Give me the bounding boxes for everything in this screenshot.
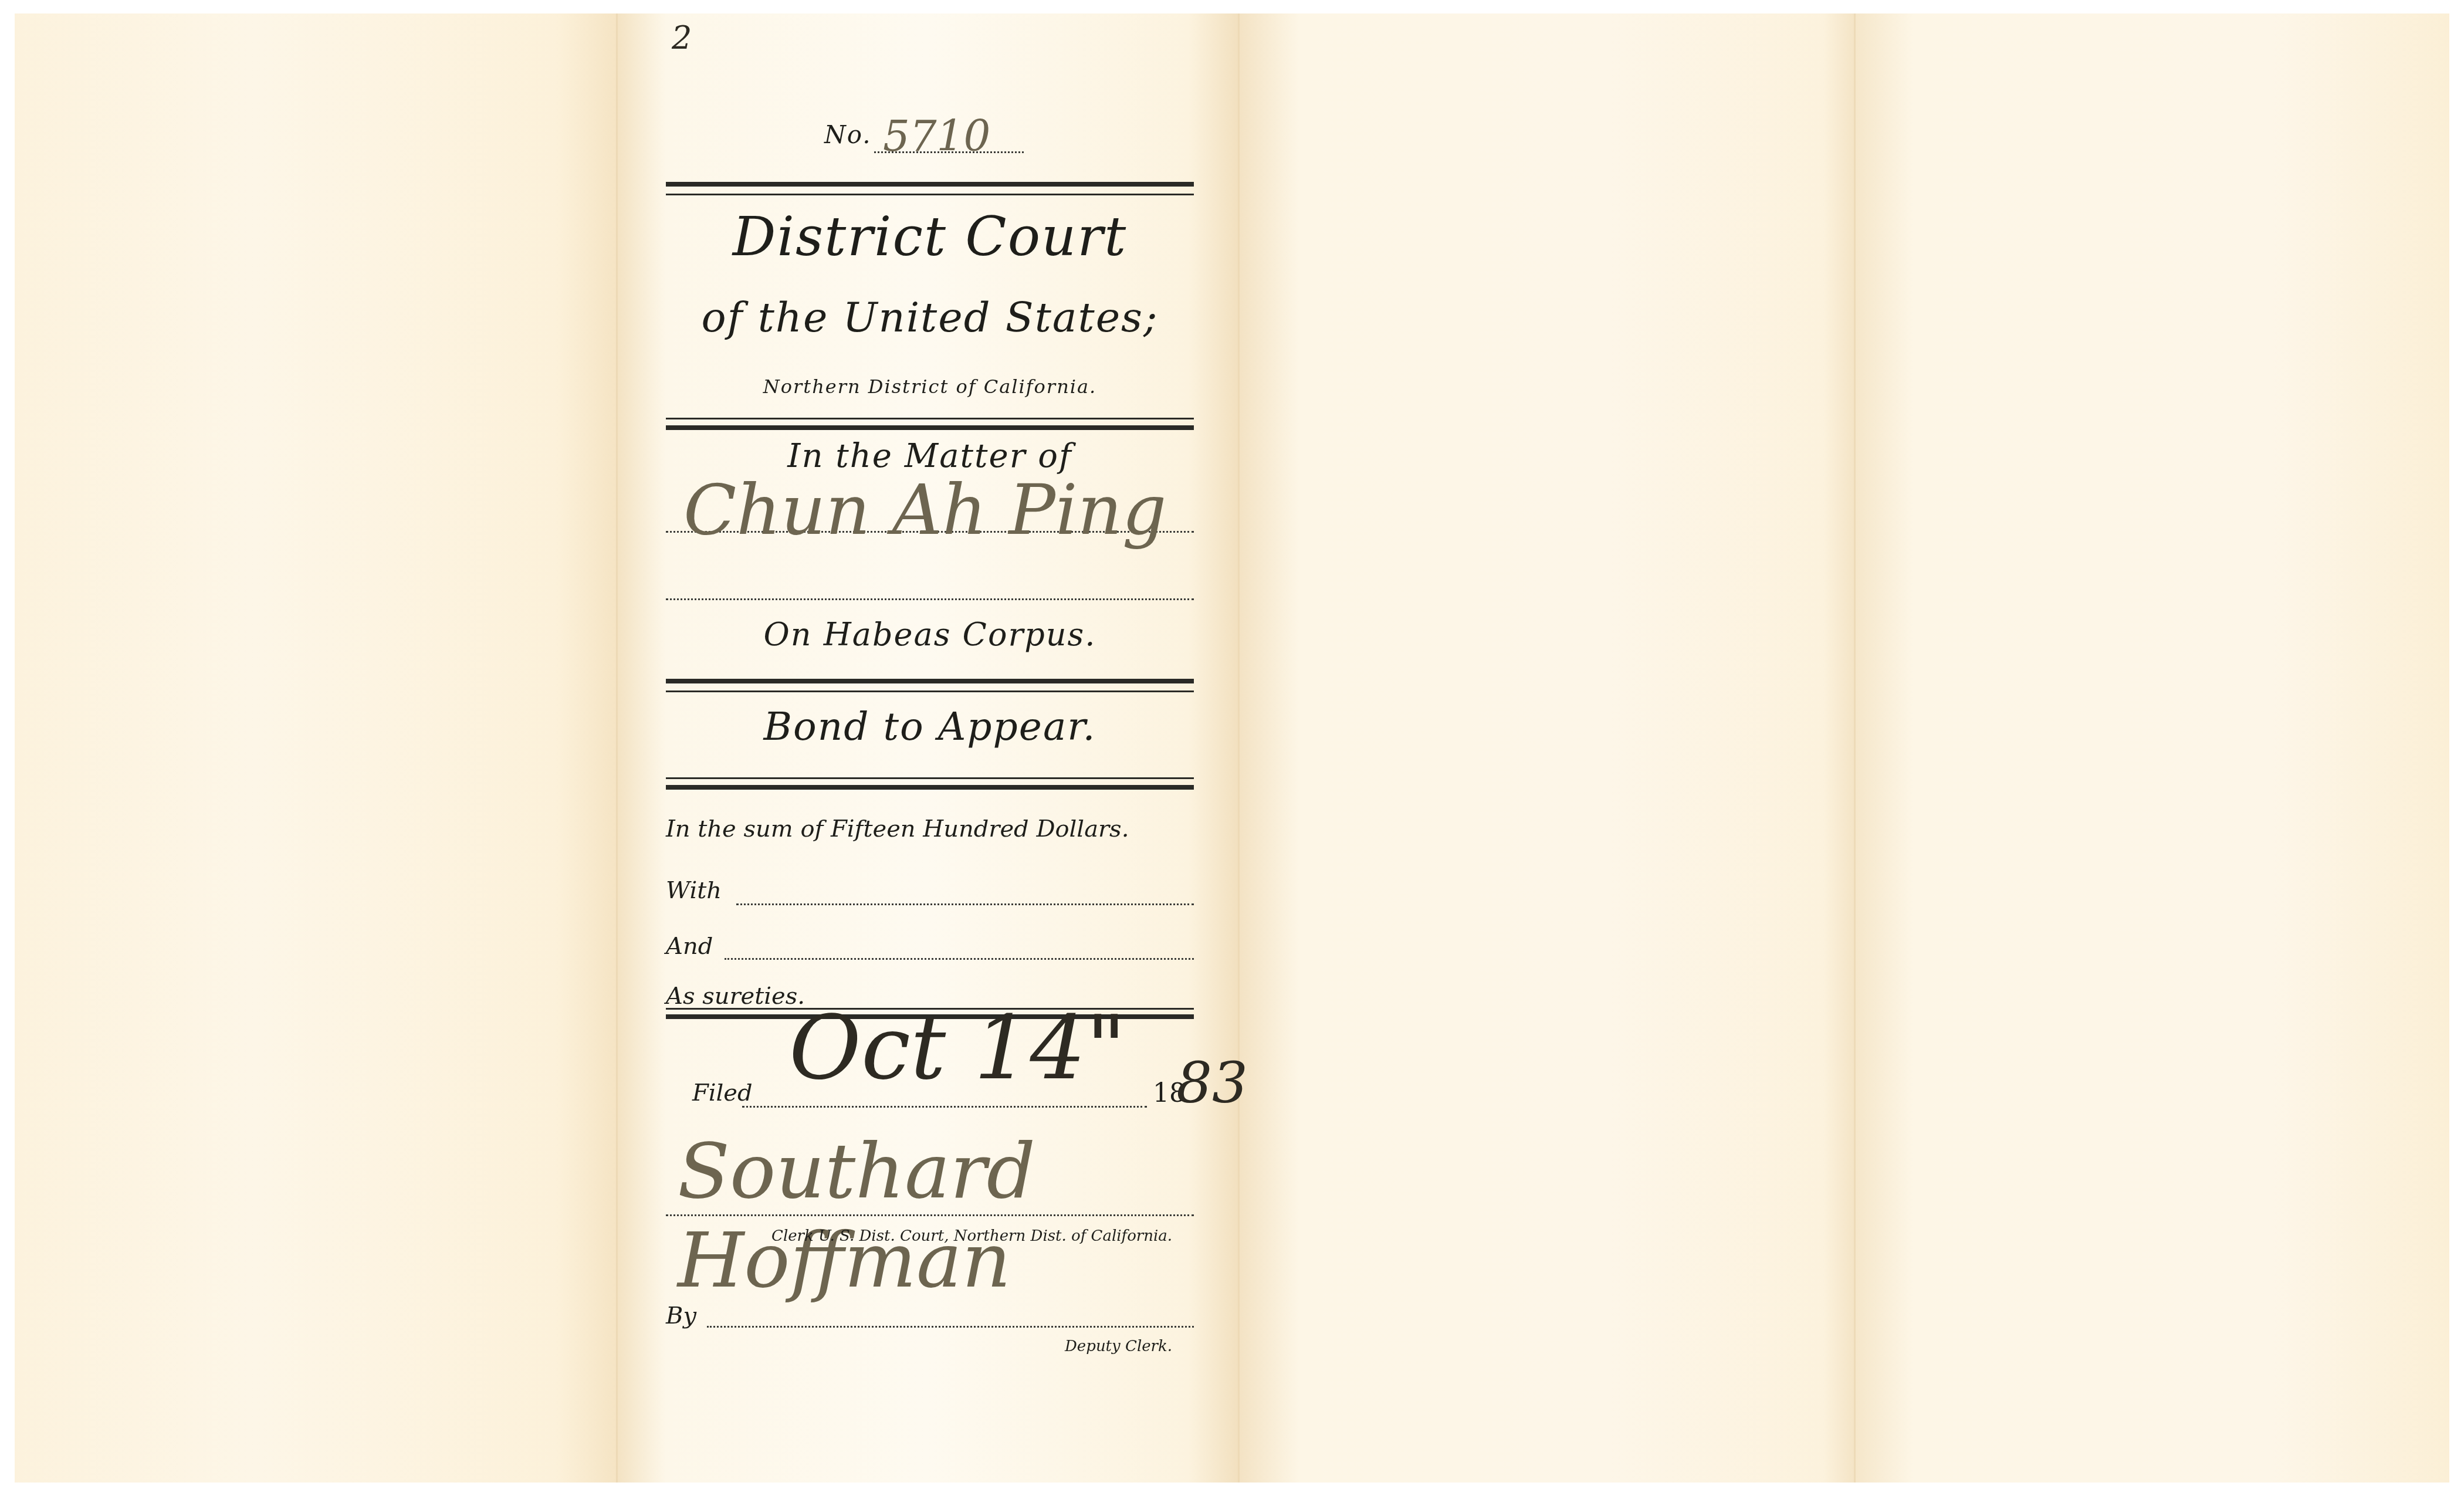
filed-date: Oct 14" [789,997,1126,1099]
number-label: No. [824,120,872,149]
matter-line-2 [666,598,1194,600]
with-field[interactable] [736,903,1194,905]
rule-bond [666,777,1194,790]
rule-district [666,418,1194,430]
clerk-signature: Southard Hoffman [678,1126,1194,1305]
clerk-title: Clerk U. S. Dist. Court, Northern Dist. … [771,1227,1172,1245]
panel-1 [15,13,616,1483]
fold-line [616,13,618,1483]
rule-proceeding [666,679,1194,699]
rule-top [666,182,1194,202]
year-suffix: 83 [1176,1050,1248,1116]
sum-text: In the sum of Fifteen Hundred Dollars. [666,815,1129,842]
matter-name: Chun Ah Ping [683,469,1166,550]
case-number: 5710 [883,111,990,161]
filed-line [742,1106,1147,1108]
deputy-title: Deputy Clerk. [1065,1338,1172,1355]
district-name: Northern District of California. [666,375,1194,398]
by-field[interactable] [707,1326,1194,1328]
proceeding-type: On Habeas Corpus. [666,616,1194,653]
by-label: By [666,1302,696,1329]
court-title: District Court [666,205,1194,268]
with-label: With [666,877,722,904]
court-subtitle: of the United States; [666,293,1194,341]
fold-line [1854,13,1856,1483]
court-form: No. 5710 District Court of the United St… [666,0,1194,1496]
and-label: And [666,933,713,960]
and-field[interactable] [725,958,1194,960]
filed-label: Filed [692,1079,753,1106]
scanned-document: 2 [15,13,2449,1483]
fold-line [1238,13,1240,1483]
panel-4 [1854,13,2449,1483]
document-type: Bond to Appear. [666,704,1194,749]
sureties-label: As sureties. [666,983,805,1010]
panel-3 [1238,13,1854,1483]
